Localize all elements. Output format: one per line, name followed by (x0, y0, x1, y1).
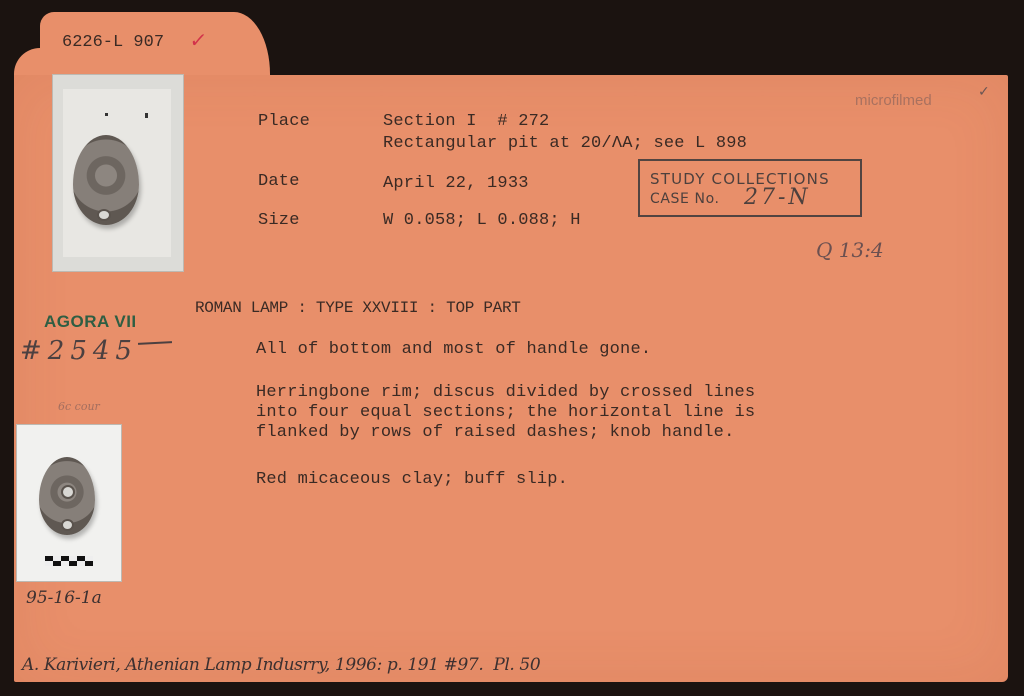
bibliography-citation: A. Karivieri, Athenian Lamp Indusrry, 19… (22, 655, 540, 675)
date-value: April 22, 1933 (383, 174, 529, 194)
description-line: Red micaceous clay; buff slip. (256, 470, 568, 490)
place-value-line2: Rectangular pit at 20/ΛA; see L 898 (383, 134, 747, 154)
red-check-icon: ✓ (188, 28, 208, 52)
size-label: Size (258, 211, 300, 231)
microfilmed-stamp: microfilmed (855, 92, 932, 109)
stamp-case-number: 27-N (744, 185, 811, 210)
place-label: Place (258, 112, 310, 132)
grid-note: Q 13:4 (816, 238, 884, 262)
lamp-wick-hole (61, 519, 74, 531)
photo-id: 95-16-1a (26, 588, 102, 608)
inventory-number: 6226-L 907 (62, 33, 164, 52)
stamp-case-label: CASE No. (650, 191, 720, 207)
size-value: W 0.058; L 0.088; H (383, 211, 581, 231)
description-line: flanked by rows of raised dashes; knob h… (256, 423, 734, 443)
photo-note: 6c cour (58, 400, 100, 413)
scale-bar (45, 556, 93, 566)
lamp-wick-hole (97, 209, 111, 221)
place-value-line1: Section I # 272 (383, 112, 549, 132)
object-title: ROMAN LAMP : TYPE XXVIII : TOP PART (195, 298, 521, 318)
description-line: into four equal sections; the horizontal… (256, 403, 755, 423)
check-icon: ✓ (978, 84, 990, 100)
description-line: All of bottom and most of handle gone. (256, 340, 651, 360)
study-collections-stamp: STUDY COLLECTIONS CASE No. 27-N (638, 159, 862, 217)
photo-mark (145, 113, 148, 118)
lamp-photo-bottom (16, 424, 122, 582)
date-label: Date (258, 172, 300, 192)
lamp-filling-hole (61, 485, 75, 499)
agora-number: #2545 (20, 336, 138, 366)
photo-mark (105, 113, 108, 116)
lamp-photo-top (52, 74, 184, 272)
agora-stamp: AGORA VII (44, 312, 137, 332)
description-line: Herringbone rim; discus divided by cross… (256, 383, 755, 403)
